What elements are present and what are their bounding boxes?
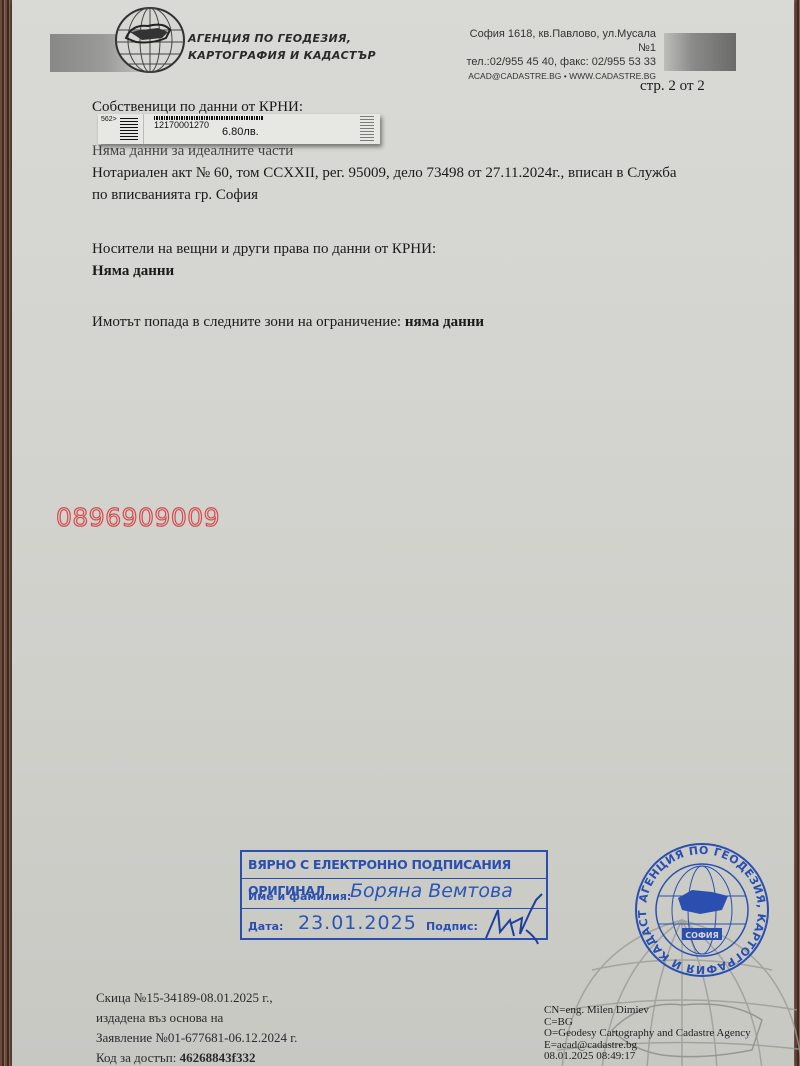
barcode-icon bbox=[120, 118, 138, 140]
deed-line-2: по вписванията гр. София bbox=[92, 184, 258, 206]
rights-holders-heading: Носители на вещни и други права по данни… bbox=[92, 238, 436, 260]
restrictions-line: Имотът попада в следните зони на огранич… bbox=[92, 311, 484, 333]
rights-holders-value: Няма данни bbox=[92, 260, 174, 282]
phone-watermark: 0896909009 bbox=[56, 503, 220, 532]
svg-text:СОФИЯ: СОФИЯ bbox=[685, 931, 718, 940]
document-page: Агенция по геодезия, картография и кадас… bbox=[12, 0, 794, 1066]
email-web: ACAD@CADASTRE.BG • WWW.CADASTRE.BG bbox=[454, 69, 656, 83]
contact-block: София 1618, кв.Павлово, ул.Мусала №1 тел… bbox=[454, 27, 656, 83]
sig-timestamp: 08.01.2025 08:49:17 bbox=[544, 1051, 751, 1063]
sig-cn: CN=eng. Milen Dimiev bbox=[544, 1005, 751, 1017]
agency-name: Агенция по геодезия, картография и кадас… bbox=[188, 30, 376, 64]
stamp-name-label: Име и фамилия: bbox=[248, 890, 351, 903]
stamp-date-label: Дата: bbox=[248, 920, 283, 933]
issued-basis: издадена въз основа на bbox=[96, 1008, 297, 1028]
header-gradient-bar-right bbox=[664, 33, 736, 71]
page-number: стр. 2 от 2 bbox=[640, 78, 705, 95]
deed-line-1: Нотариален акт № 60, том CCXXII, рег. 95… bbox=[92, 162, 677, 184]
stamp-signature-label: Подпис: bbox=[426, 920, 478, 933]
agency-name-line2: картография и кадастър bbox=[188, 47, 376, 64]
address: София 1618, кв.Павлово, ул.Мусала №1 bbox=[454, 27, 656, 55]
stamp-title: ВЯРНО С ЕЛЕКТРОННО ПОДПИСАНИЯ ОРИГИНАЛ bbox=[242, 852, 546, 879]
globe-logo-icon bbox=[112, 4, 188, 76]
footer-sketch-info: Скица №15-34189-08.01.2025 г., издадена … bbox=[96, 988, 297, 1066]
phone-fax: тел.:02/955 45 40, факс: 02/955 53 33 bbox=[454, 55, 656, 69]
sticker-price: 6.80лв. bbox=[222, 126, 259, 138]
sticker-side-print bbox=[360, 116, 374, 142]
stamp-date-handwritten: 23.01.2025 bbox=[298, 912, 417, 934]
price-sticker: 562> 12170001270 6.80лв. bbox=[98, 114, 380, 144]
sticker-barcode-number: 12170001270 bbox=[154, 120, 209, 130]
sketch-number: Скица №15-34189-08.01.2025 г., bbox=[96, 988, 297, 1008]
restrictions-value: няма данни bbox=[405, 314, 484, 330]
agency-name-line1: Агенция по геодезия, bbox=[188, 30, 376, 47]
stamp-date-row: Дата: 23.01.2025 Подпис: bbox=[242, 910, 546, 938]
access-code: Код за достъп: 46268843f332 bbox=[96, 1048, 297, 1066]
agency-round-stamp: АГЕНЦИЯ ПО ГЕОДЕЗИЯ, КАРТОГРАФИЯ И КАДАС… bbox=[632, 840, 772, 980]
digital-signature-block: CN=eng. Milen Dimiev C=BG O=Geodesy Cart… bbox=[544, 1005, 751, 1063]
application-number: Заявление №01-677681-06.12.2024 г. bbox=[96, 1028, 297, 1048]
certification-stamp: ВЯРНО С ЕЛЕКТРОННО ПОДПИСАНИЯ ОРИГИНАЛ И… bbox=[240, 850, 548, 940]
sticker-divider bbox=[143, 114, 144, 144]
signature-icon bbox=[480, 892, 560, 946]
restrictions-label: Имотът попада в следните зони на огранич… bbox=[92, 314, 405, 330]
sig-o: O=Geodesy Cartography and Cadastre Agenc… bbox=[544, 1028, 751, 1040]
sticker-vertical-digits: 562> bbox=[101, 116, 109, 123]
